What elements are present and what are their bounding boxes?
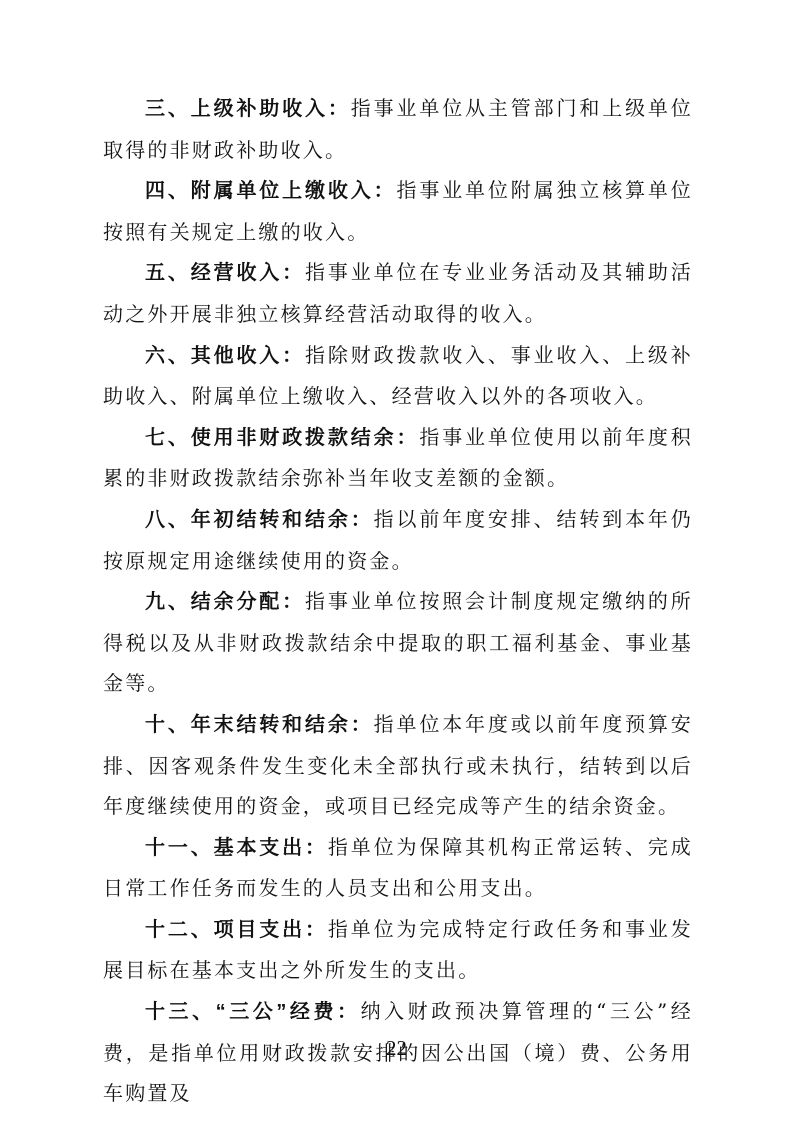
definition-paragraph-9: 九、结余分配：指事业单位按照会计制度规定缴纳的所得税以及从非财政拨款结余中提取的… (103, 581, 693, 704)
definition-term: 七、使用非财政拨款结余： (145, 427, 419, 449)
definition-paragraph-8: 八、年初结转和结余：指以前年度安排、结转到本年仍按原规定用途继续使用的资金。 (103, 499, 693, 581)
definition-term: 十二、项目支出： (145, 919, 328, 941)
document-page: 三、上级补助收入：指事业单位从主管部门和上级单位取得的非财政补助收入。 四、附属… (0, 0, 793, 1122)
definition-paragraph-10: 十、年末结转和结余：指单位本年度或以前年度预算安排、因客观条件发生变化未全部执行… (103, 704, 693, 827)
definition-term: 三、上级补助收入： (145, 98, 351, 120)
definition-paragraph-3: 三、上级补助收入：指事业单位从主管部门和上级单位取得的非财政补助收入。 (103, 88, 693, 170)
definition-paragraph-12: 十二、项目支出：指单位为完成特定行政任务和事业发展目标在基本支出之外所发生的支出… (103, 909, 693, 991)
definition-term: 九、结余分配： (145, 591, 305, 613)
definition-term: 十、年末结转和结余： (145, 714, 374, 736)
definition-paragraph-4: 四、附属单位上缴收入：指事业单位附属独立核算单位按照有关规定上缴的收入。 (103, 170, 693, 252)
document-body: 三、上级补助收入：指事业单位从主管部门和上级单位取得的非财政补助收入。 四、附属… (103, 88, 693, 1114)
definition-paragraph-5: 五、经营收入：指事业单位在专业业务活动及其辅助活动之外开展非独立核算经营活动取得… (103, 252, 693, 334)
definition-term: 五、经营收入： (145, 262, 305, 284)
definition-term: 八、年初结转和结余： (145, 509, 374, 531)
definition-term: 四、附属单位上缴收入： (145, 180, 396, 202)
definition-paragraph-6: 六、其他收入：指除财政拨款收入、事业收入、上级补助收入、附属单位上缴收入、经营收… (103, 335, 693, 417)
definition-term: 十三、“三公”经费： (145, 1001, 361, 1023)
definition-term: 六、其他收入： (145, 345, 305, 367)
definition-paragraph-11: 十一、基本支出：指单位为保障其机构正常运转、完成日常工作任务而发生的人员支出和公… (103, 827, 693, 909)
definition-term: 十一、基本支出： (145, 837, 328, 859)
page-number: 22 (0, 1036, 793, 1061)
definition-paragraph-7: 七、使用非财政拨款结余：指事业单位使用以前年度积累的非财政拨款结余弥补当年收支差… (103, 417, 693, 499)
